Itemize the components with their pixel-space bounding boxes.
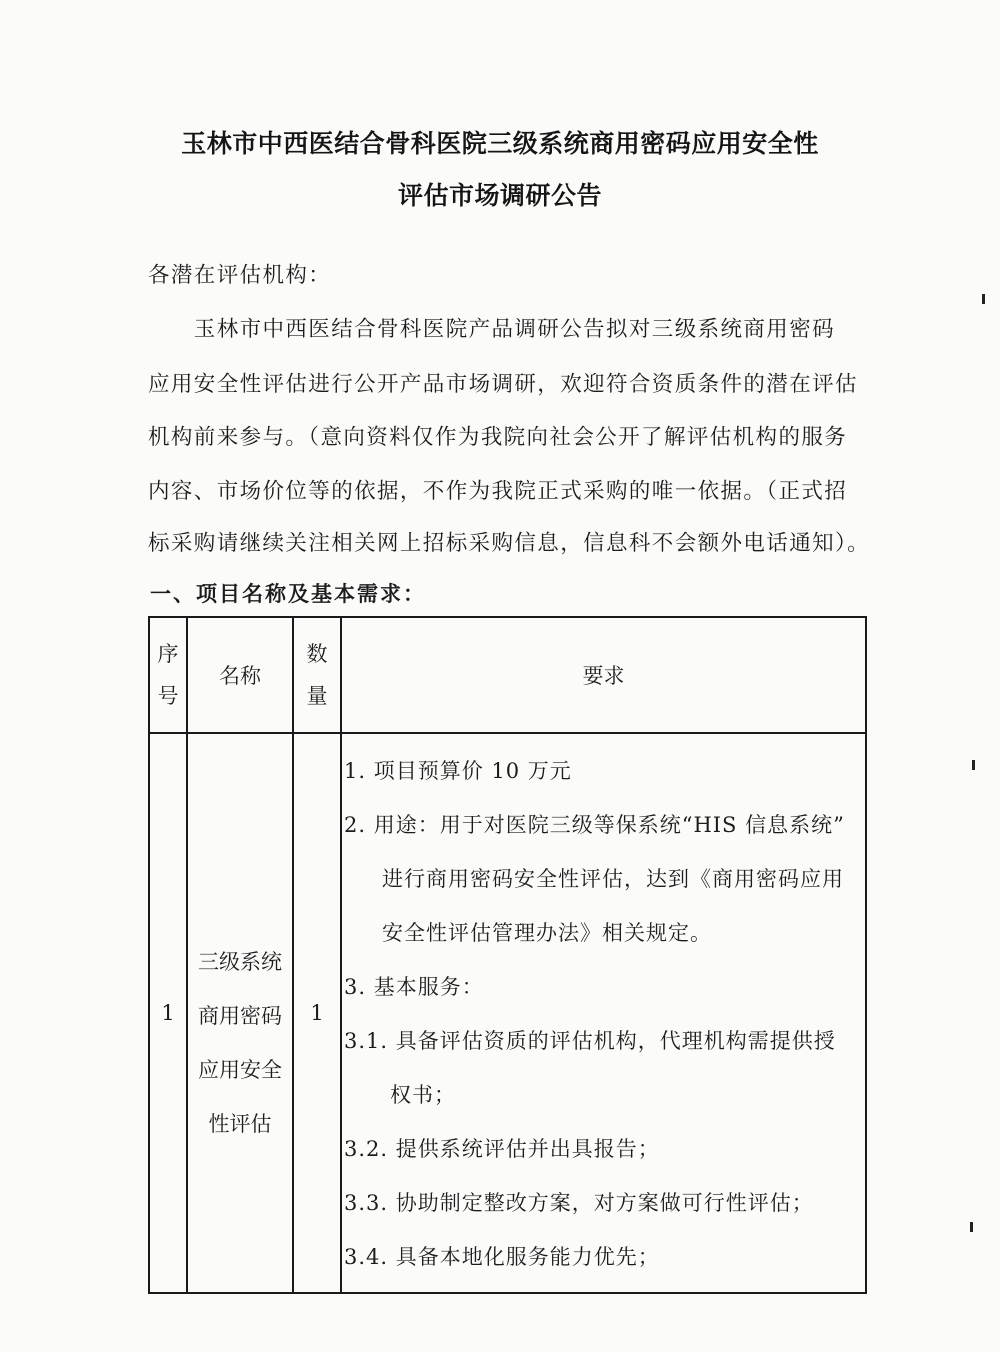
document-title-line-1: 玉林市中西医结合骨科医院三级系统商用密码应用安全性 (0, 124, 1000, 160)
cell-name-line-2: 商用密码 (188, 989, 292, 1043)
scan-mark (970, 1222, 973, 1232)
cell-name-line-4: 性评估 (188, 1097, 292, 1151)
header-index-top: 序 (158, 633, 179, 675)
header-index-bottom: 号 (158, 675, 179, 717)
requirement-3-4: 3.4. 具备本地化服务能力优先； (344, 1230, 865, 1284)
requirement-1: 1. 项目预算价 10 万元 (344, 744, 865, 798)
requirement-3-3: 3.3. 协助制定整改方案，对方案做可行性评估； (344, 1176, 865, 1230)
requirement-3: 3. 基本服务： (344, 960, 865, 1014)
header-qty-top: 数 (307, 633, 328, 675)
body-line-3: 机构前来参与。（意向资料仅作为我院向社会公开了解评估机构的服务 (148, 420, 847, 451)
requirement-3-2: 3.2. 提供系统评估并出具报告； (344, 1122, 865, 1176)
cell-name-line-1: 三级系统 (188, 935, 292, 989)
header-name: 名称 (187, 617, 293, 733)
header-qty: 数 量 (293, 617, 341, 733)
requirement-2-cont-2: 安全性评估管理办法》相关规定。 (344, 906, 865, 960)
document-title-line-2: 评估市场调研公告 (0, 176, 1000, 212)
body-line-5: 标采购请继续关注相关网上招标采购信息，信息科不会额外电话通知）。 (148, 526, 870, 557)
cell-requirements: 1. 项目预算价 10 万元 2. 用途：用于对医院三级等保系统“HIS 信息系… (341, 733, 866, 1293)
table-header-row: 序 号 名称 数 量 要求 (149, 617, 866, 733)
cell-qty: 1 (293, 733, 341, 1293)
body-line-4: 内容、市场价位等的依据，不作为我院正式采购的唯一依据。（正式招 (148, 474, 847, 505)
body-line-1: 玉林市中西医结合骨科医院产品调研公告拟对三级系统商用密码 (148, 312, 835, 343)
cell-name: 三级系统 商用密码 应用安全 性评估 (187, 733, 293, 1293)
header-index: 序 号 (149, 617, 187, 733)
cell-index: 1 (149, 733, 187, 1293)
salutation: 各潜在评估机构： (148, 258, 331, 289)
header-qty-bottom: 量 (307, 675, 328, 717)
requirement-3-1: 3.1. 具备评估资质的评估机构，代理机构需提供授 (344, 1014, 865, 1068)
requirement-3-1-cont: 权书； (344, 1068, 865, 1122)
scan-mark (982, 294, 985, 304)
requirement-2-cont-1: 进行商用密码安全性评估，达到《商用密码应用 (344, 852, 865, 906)
cell-name-line-3: 应用安全 (188, 1043, 292, 1097)
section-heading: 一、项目名称及基本需求： (150, 578, 426, 608)
header-requirements: 要求 (341, 617, 866, 733)
body-line-2: 应用安全性评估进行公开产品市场调研，欢迎符合资质条件的潜在评估 (148, 367, 858, 398)
table-row: 1 三级系统 商用密码 应用安全 性评估 1 1. 项目预算价 10 万元 2.… (149, 733, 866, 1293)
scan-mark (972, 760, 975, 770)
requirement-2: 2. 用途：用于对医院三级等保系统“HIS 信息系统” (344, 798, 865, 852)
requirements-table: 序 号 名称 数 量 要求 1 三级系统 商用密码 应用安全 性评估 1 1. … (148, 616, 867, 1294)
